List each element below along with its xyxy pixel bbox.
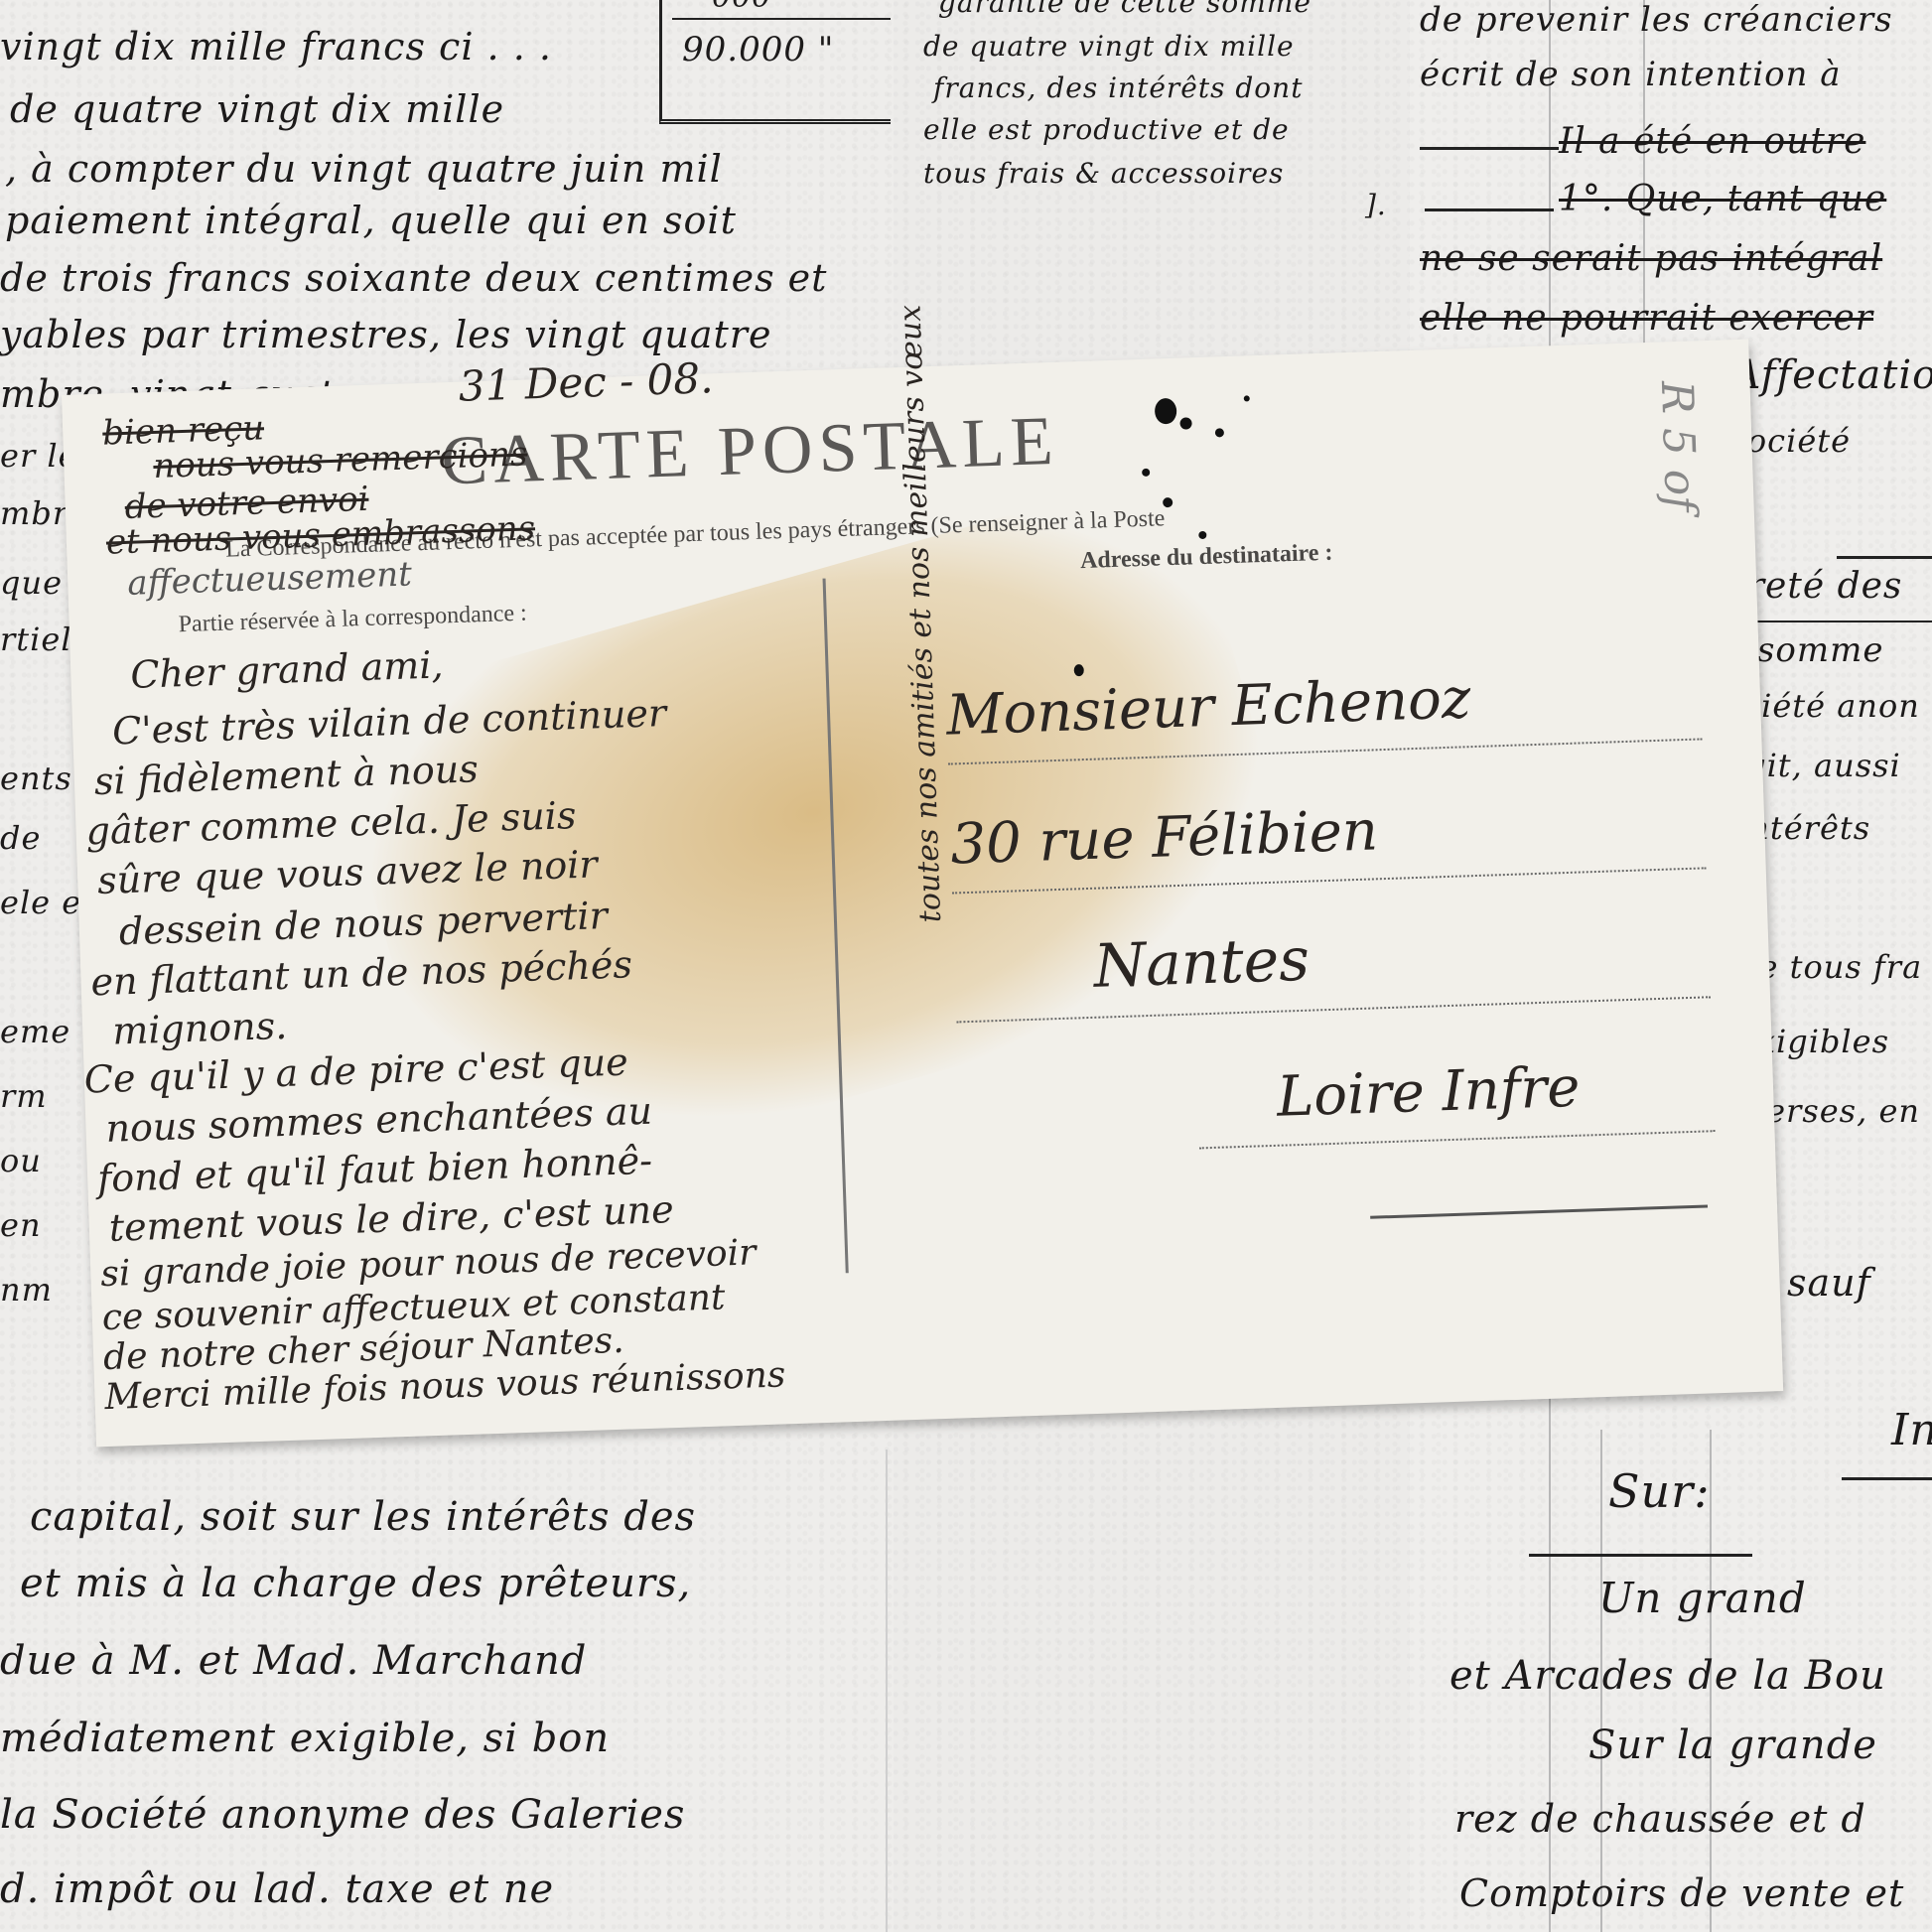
handwritten-line: vingt dix mille francs ci . . . bbox=[0, 25, 552, 69]
dash-rule bbox=[1420, 147, 1559, 150]
struck-line: elle ne pourrait exercer bbox=[1420, 298, 1873, 339]
handwritten-line: Un grand bbox=[1598, 1574, 1807, 1622]
handwritten-line: due à M. et Mad. Marchand bbox=[0, 1638, 587, 1684]
handwritten-fragment: rm bbox=[0, 1077, 48, 1115]
handwritten-fragment: ou bbox=[0, 1142, 42, 1179]
heading-rule bbox=[1842, 1477, 1932, 1480]
address-city: Nantes bbox=[1093, 925, 1311, 1002]
flourish-underline bbox=[1370, 1204, 1708, 1218]
amount-box: 000 " 90.000 " bbox=[659, 0, 891, 124]
handwritten-line: In bbox=[1891, 1405, 1932, 1455]
handwritten-fragment: ele e bbox=[0, 884, 81, 921]
handwritten-line: de quatre vingt dix mille bbox=[923, 30, 1295, 63]
handwritten-fragment: de bbox=[0, 819, 41, 857]
amount-value: 90.000 " bbox=[682, 30, 834, 69]
handwritten-fragment: ents bbox=[0, 759, 72, 797]
dash-rule bbox=[1425, 208, 1554, 211]
address-dotted-line bbox=[1199, 1130, 1716, 1149]
sheet-fold bbox=[886, 1449, 888, 1932]
header-line: affectueusement bbox=[127, 554, 413, 603]
handwritten-fragment: en bbox=[0, 1206, 42, 1244]
amount-rule bbox=[672, 18, 891, 20]
handwritten-line: écrit de son intention à bbox=[1420, 55, 1842, 94]
handwritten-fragment: nm bbox=[0, 1271, 53, 1309]
handwritten-line: paiement intégral, quelle qui en soit bbox=[5, 199, 737, 242]
struck-line: ne se serait pas intégral bbox=[1420, 238, 1882, 279]
message-line: mignons. bbox=[112, 1004, 288, 1053]
handwritten-line: rez de chaussée et d bbox=[1454, 1797, 1866, 1841]
handwritten-line: de prevenir les créanciers bbox=[1420, 0, 1893, 40]
handwritten-line: elle est productive et de bbox=[923, 113, 1290, 146]
handwritten-line: garantie de cette somme bbox=[938, 0, 1311, 19]
handwritten-line: ]. bbox=[1365, 189, 1387, 221]
handwritten-line: yables par trimestres, les vingt quatre bbox=[0, 313, 771, 356]
handwritten-line: tous frais & accessoires bbox=[923, 157, 1284, 190]
handwritten-line: et mis à la charge des prêteurs, bbox=[20, 1561, 691, 1606]
amount-previous: 000 " bbox=[712, 0, 797, 15]
handwritten-line: capital, soit sur les intérêts des bbox=[30, 1494, 696, 1540]
handwritten-line: sauf bbox=[1787, 1261, 1871, 1305]
handwritten-line: de trois francs soixante deux centimes e… bbox=[0, 256, 827, 300]
postcard-title: CARTE POSTALE bbox=[440, 402, 1060, 502]
handwritten-line: Sur la grande bbox=[1588, 1723, 1877, 1768]
heading-rule bbox=[1837, 556, 1932, 559]
handwritten-line: et Arcades de la Bou bbox=[1449, 1653, 1886, 1699]
handwritten-line: la Société anonyme des Galeries bbox=[0, 1792, 685, 1838]
handwritten-fragment: eme bbox=[0, 1013, 70, 1050]
struck-line: Il a été en outre bbox=[1559, 121, 1865, 162]
handwritten-line: , à compter du vingt quatre juin mil bbox=[5, 147, 723, 191]
handwritten-line: de quatre vingt dix mille bbox=[10, 87, 504, 131]
struck-line: 1°. Que, tant que bbox=[1559, 179, 1886, 219]
postmark-date: 31 Dec - 08. bbox=[458, 353, 714, 410]
handwritten-line: d. impôt ou lad. taxe et ne bbox=[0, 1866, 554, 1912]
handwritten-line: Comptoirs de vente et bbox=[1459, 1871, 1904, 1915]
handwritten-fragment: rtiel bbox=[0, 621, 72, 658]
heading-rule bbox=[1529, 1554, 1752, 1557]
pencil-annotation: R 5 of bbox=[1651, 380, 1706, 512]
section-heading: Sur: bbox=[1608, 1464, 1711, 1518]
correspondence-label: Partie réservée à la correspondance : bbox=[178, 601, 527, 639]
handwritten-line: francs, des intérêts dont bbox=[933, 71, 1303, 104]
handwritten-line: médiatement exigible, si bon bbox=[0, 1716, 610, 1761]
address-street: 30 rue Félibien bbox=[949, 798, 1378, 877]
postcard: CARTE POSTALE La Correspondance au recto… bbox=[62, 340, 1783, 1448]
handwritten-fragment: que bbox=[0, 564, 63, 602]
address-department: Loire Infre bbox=[1276, 1055, 1581, 1130]
